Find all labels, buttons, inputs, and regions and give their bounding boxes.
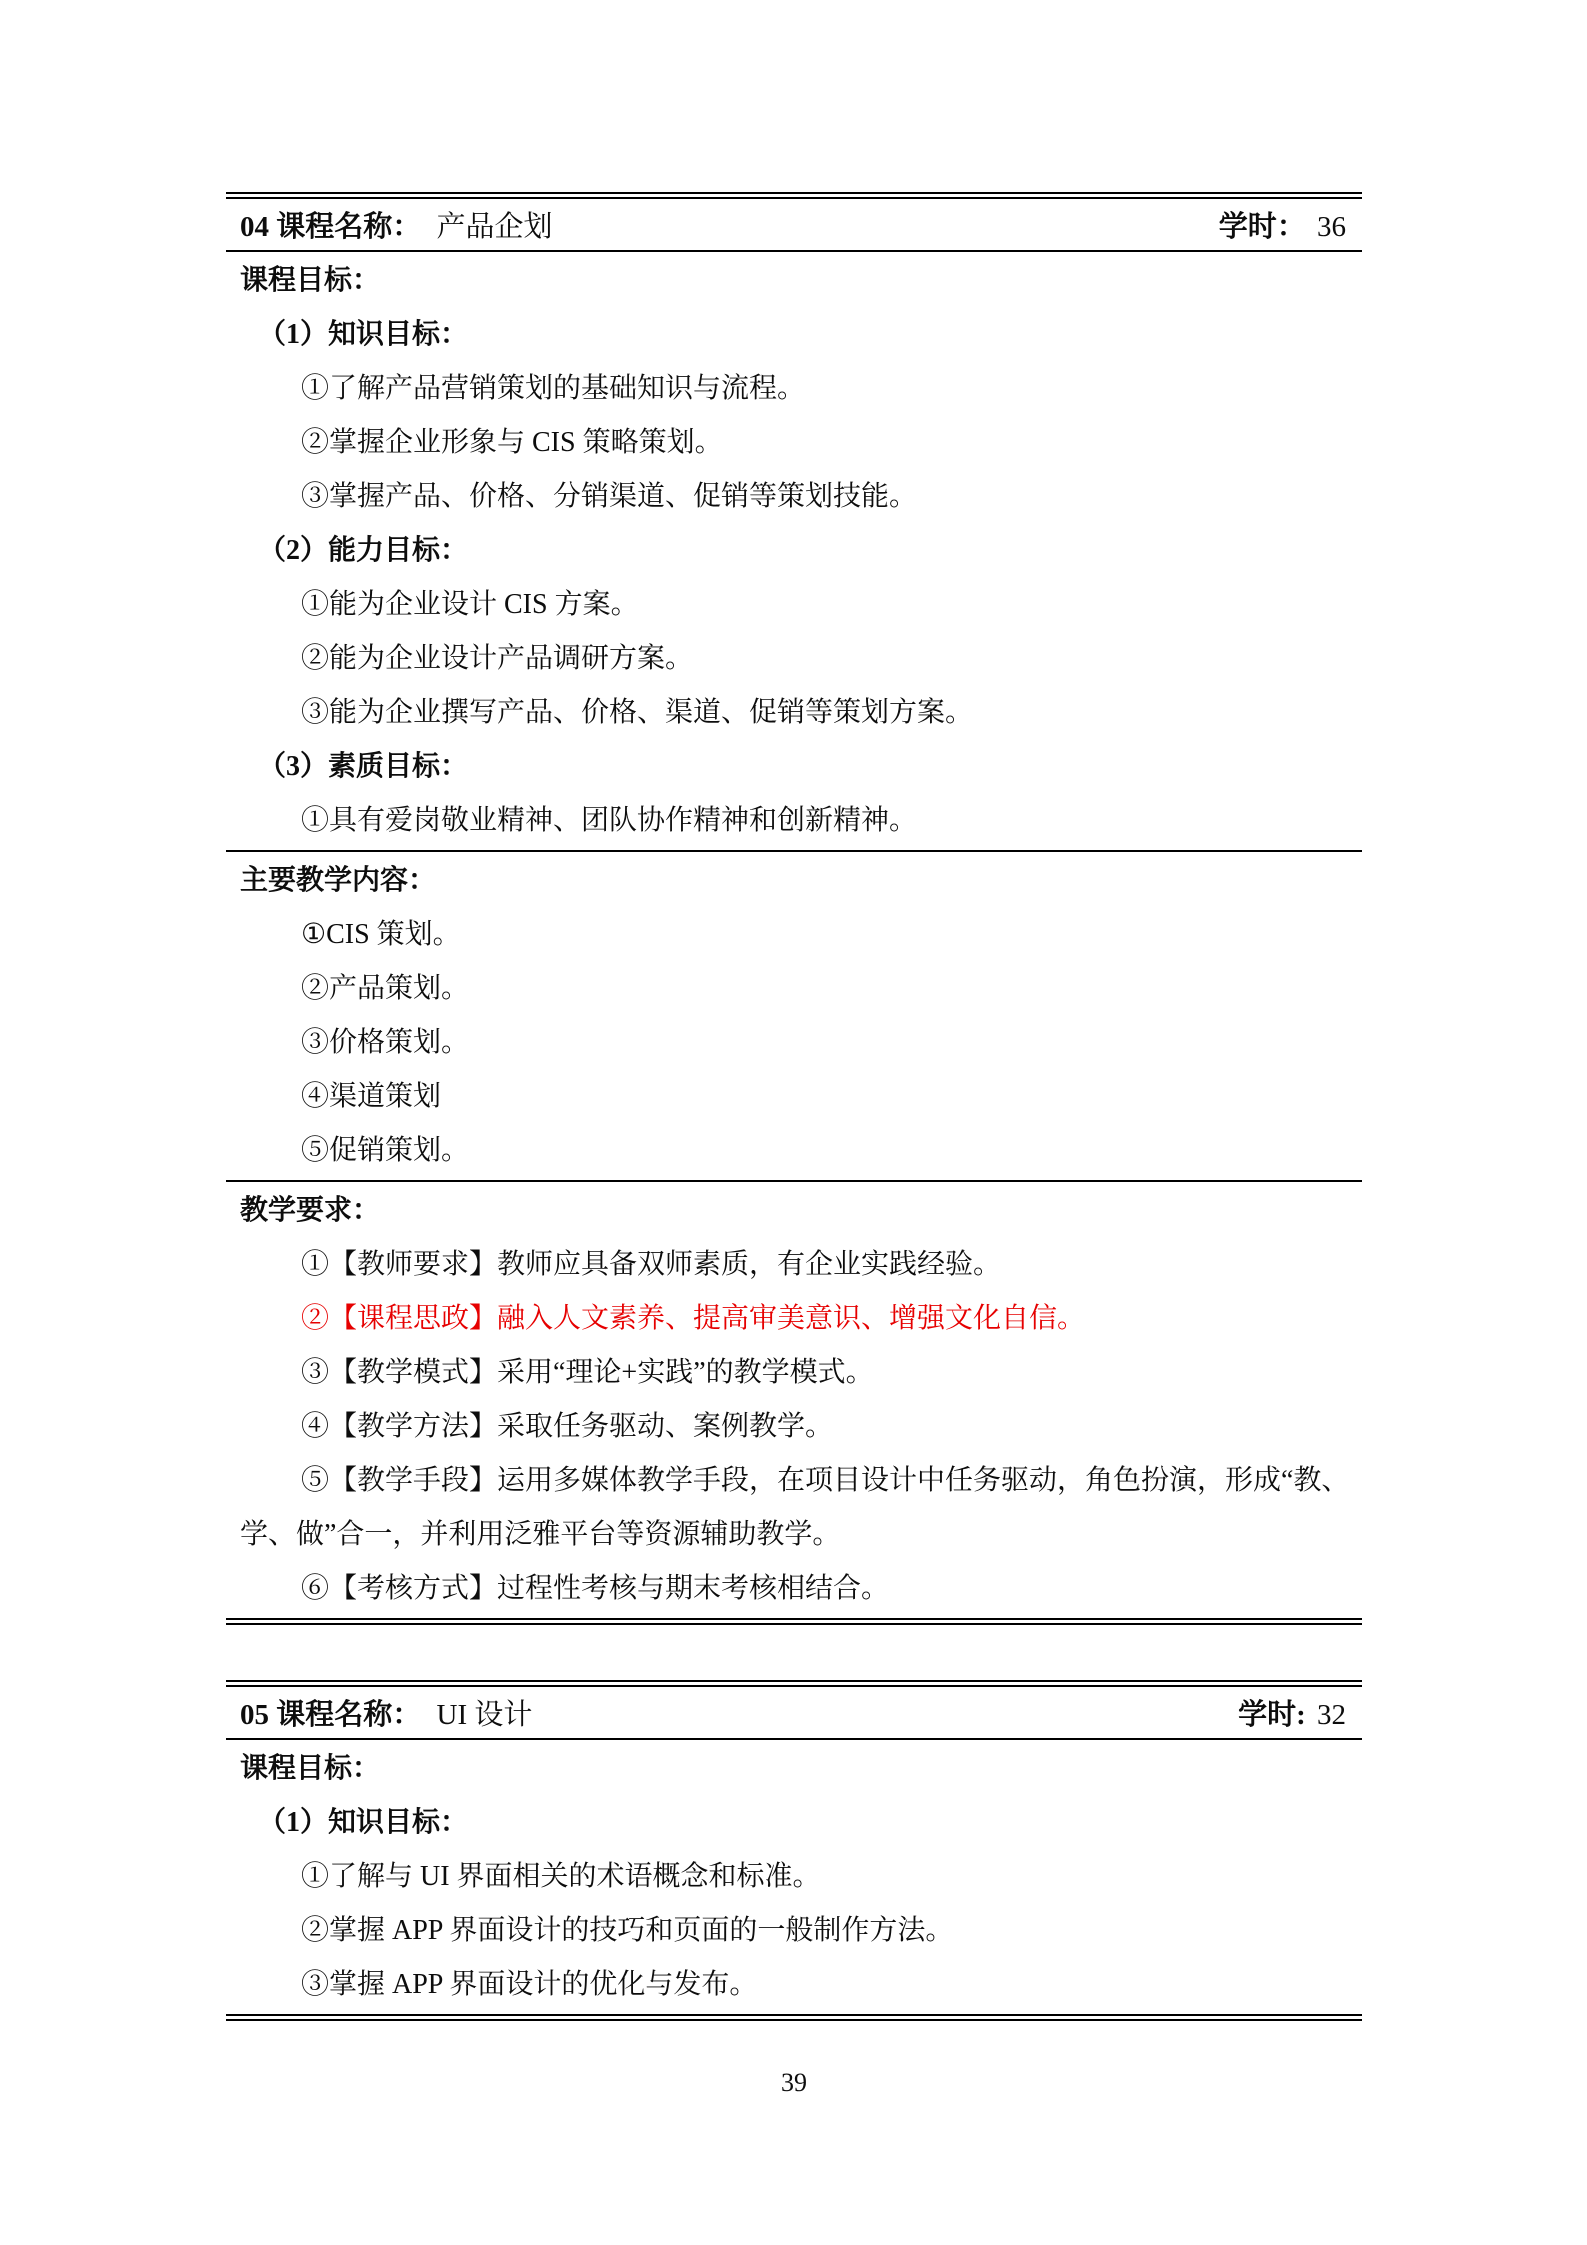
goals-title: 课程目标： <box>226 1742 1362 1796</box>
course-04-table: 04 课程名称： 产品企划 学时： 36 课程目标： （1）知识目标： ①了解产… <box>226 192 1362 1625</box>
course-05-no-label: 05 课程名称： <box>240 1699 421 1731</box>
requirement-line: ④【教学方法】采取任务驱动、案例教学。 <box>226 1400 1362 1454</box>
goal-subhead: （3）素质目标： <box>226 740 1362 794</box>
course-04-hours-label: 学时： <box>1219 211 1306 243</box>
page-number: 39 <box>226 2067 1362 2099</box>
goal-line: ①具有爱岗敬业精神、团队协作精神和创新精神。 <box>226 794 1362 848</box>
requirement-line: ①【教师要求】教师应具备双师素质，有企业实践经验。 <box>226 1238 1362 1292</box>
course-05-header-row: 05 课程名称： UI 设计 学时: 32 <box>226 1687 1362 1740</box>
content-line: ①CIS 策划。 <box>226 908 1362 962</box>
requirement-line: ③【教学模式】采用“理论+实践”的教学模式。 <box>226 1346 1362 1400</box>
course-04-goals-block: 课程目标： （1）知识目标： ①了解产品营销策划的基础知识与流程。 ②掌握企业形… <box>226 252 1362 850</box>
requirement-line-ideology: ②【课程思政】融入人文素养、提高审美意识、增强文化自信。 <box>226 1292 1362 1346</box>
course-04-name: 产品企划 <box>437 211 553 243</box>
goal-line: ①了解产品营销策划的基础知识与流程。 <box>226 362 1362 416</box>
goal-line: ②能为企业设计产品调研方案。 <box>226 632 1362 686</box>
course-04-no-label: 04 课程名称： <box>240 211 421 243</box>
course-04-hours-value: 36 <box>1317 211 1346 243</box>
requirements-title: 教学要求： <box>226 1184 1362 1238</box>
course-05-table: 05 课程名称： UI 设计 学时: 32 课程目标： （1）知识目标： ①了解… <box>226 1680 1362 2021</box>
course-04-hours: 学时： 36 <box>1219 204 1346 245</box>
goal-line: ②掌握 APP 界面设计的技巧和页面的一般制作方法。 <box>226 1904 1362 1958</box>
goal-subhead: （1）知识目标： <box>226 1796 1362 1850</box>
course-04-requirements-block: 教学要求： ①【教师要求】教师应具备双师素质，有企业实践经验。 ②【课程思政】融… <box>226 1180 1362 1618</box>
goal-line: ③掌握 APP 界面设计的优化与发布。 <box>226 1958 1362 2012</box>
course-04-title: 04 课程名称： 产品企划 <box>240 204 553 245</box>
content-line: ⑤促销策划。 <box>226 1124 1362 1178</box>
document-page: 04 课程名称： 产品企划 学时： 36 课程目标： （1）知识目标： ①了解产… <box>0 0 1587 2245</box>
goal-line: ①了解与 UI 界面相关的术语概念和标准。 <box>226 1850 1362 1904</box>
requirement-line-continuation: 学、做”合一，并利用泛雅平台等资源辅助教学。 <box>226 1508 1362 1562</box>
requirement-line: ⑥【考核方式】过程性考核与期末考核相结合。 <box>226 1562 1362 1616</box>
course-04-header-row: 04 课程名称： 产品企划 学时： 36 <box>226 199 1362 252</box>
goals-title: 课程目标： <box>226 254 1362 308</box>
course-05-title: 05 课程名称： UI 设计 <box>240 1692 532 1733</box>
document-body: 04 课程名称： 产品企划 学时： 36 课程目标： （1）知识目标： ①了解产… <box>226 192 1362 2099</box>
goal-subhead: （2）能力目标： <box>226 524 1362 578</box>
table-gap <box>226 1625 1362 1680</box>
course-04-content-block: 主要教学内容： ①CIS 策划。 ②产品策划。 ③价格策划。 ④渠道策划 ⑤促销… <box>226 850 1362 1180</box>
course-05-goals-block: 课程目标： （1）知识目标： ①了解与 UI 界面相关的术语概念和标准。 ②掌握… <box>226 1740 1362 2014</box>
goal-line: ③能为企业撰写产品、价格、渠道、促销等策划方案。 <box>226 686 1362 740</box>
goal-line: ②掌握企业形象与 CIS 策略策划。 <box>226 416 1362 470</box>
course-05-name: UI 设计 <box>437 1699 533 1731</box>
goal-line: ③掌握产品、价格、分销渠道、促销等策划技能。 <box>226 470 1362 524</box>
goal-line: ①能为企业设计 CIS 方案。 <box>226 578 1362 632</box>
content-line: ③价格策划。 <box>226 1016 1362 1070</box>
content-line: ②产品策划。 <box>226 962 1362 1016</box>
course-05-hours-value: 32 <box>1317 1699 1346 1731</box>
content-line: ④渠道策划 <box>226 1070 1362 1124</box>
content-title: 主要教学内容： <box>226 854 1362 908</box>
course-05-hours-label: 学时: <box>1238 1699 1306 1731</box>
requirement-line: ⑤【教学手段】运用多媒体教学手段，在项目设计中任务驱动，角色扮演，形成“教、 <box>226 1454 1362 1508</box>
goal-subhead: （1）知识目标： <box>226 308 1362 362</box>
course-05-hours: 学时: 32 <box>1238 1692 1346 1733</box>
